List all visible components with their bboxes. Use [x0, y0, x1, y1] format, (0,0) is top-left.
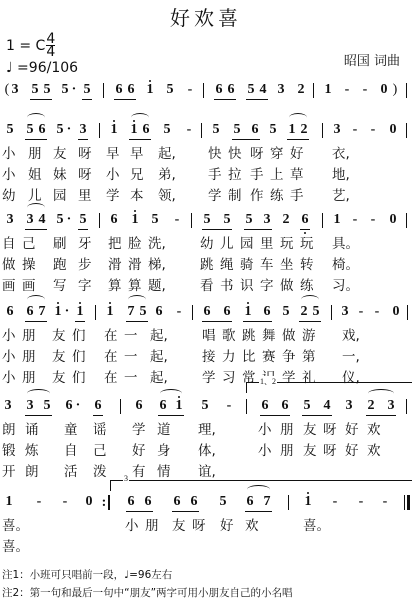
barline [103, 83, 104, 98]
aug-dot: · [69, 82, 79, 98]
lyric-syllable: 衣, [332, 142, 350, 162]
lyric-syllable: 炼 [25, 439, 39, 459]
barline [192, 305, 193, 320]
key-label: 1 = C [6, 38, 45, 54]
octave-dot [57, 302, 59, 304]
staff-row-2: 3 3 4 5 · 5 6 1 5 - 5 5 5 3 2 6 1 - - 0 … [0, 210, 412, 232]
slur [160, 389, 182, 398]
note: 5 [244, 212, 254, 228]
lyric-syllable: 歌 [222, 324, 236, 344]
lyric-syllable: 朋 [22, 345, 36, 365]
lyric-syllable: 欢 [245, 514, 259, 534]
lyric-syllable: 锻 [2, 439, 16, 459]
aug-dot: · [62, 304, 72, 320]
lyric-syllable: 游 [302, 324, 316, 344]
lyric-syllable: 本 [130, 184, 144, 204]
note: 3 [340, 304, 350, 320]
lyric-syllable: 小 [125, 514, 139, 534]
lyric-syllable: 领, [158, 184, 176, 204]
lyric-syllable: 滑 [128, 253, 142, 273]
note: 6 [5, 304, 15, 320]
lyric-syllable: 友 [52, 324, 66, 344]
repeat-barline [108, 495, 110, 510]
note: 5 [30, 82, 40, 98]
note: 6 [262, 304, 272, 320]
note: 1 [130, 212, 140, 228]
lyric-syllable: 看 [200, 274, 214, 294]
note: 5 [311, 304, 321, 320]
lyric-syllable: 在 [104, 324, 118, 344]
lyric-syllable: 写 [53, 274, 67, 294]
lyric-syllable: 弟, [158, 163, 176, 183]
note: 2 [299, 304, 309, 320]
dash: - [380, 494, 390, 510]
lyric-syllable: 拉 [228, 163, 242, 183]
underline [75, 321, 85, 322]
note: 3 [386, 398, 396, 414]
lyric-syllable: 制 [228, 184, 242, 204]
note: 1 [145, 82, 155, 98]
time-signature: 4 4 [46, 33, 55, 58]
note: 6 [280, 398, 290, 414]
underline [93, 415, 103, 416]
lyric-syllable: 穿 [270, 142, 284, 162]
author-credit: 昭国 词曲 [344, 50, 400, 69]
barline [191, 213, 192, 228]
note: 0 [388, 212, 398, 228]
slur [27, 389, 50, 398]
lyric-syllable: 姐 [28, 163, 42, 183]
slur [128, 295, 146, 304]
lyric-syllable: 艺, [332, 184, 350, 204]
underline [25, 229, 47, 230]
lyric-syllable: 儿 [220, 232, 234, 252]
lyric-syllable: 幼 [2, 184, 16, 204]
lyric-syllable: 骑 [240, 253, 254, 273]
underline [202, 229, 232, 230]
lyric-syllable: 童 [64, 418, 78, 438]
note: 2 [296, 82, 306, 98]
dash: - [342, 82, 352, 98]
note: 5 [218, 494, 228, 510]
underline [243, 321, 272, 322]
lyric-syllable: 手 [290, 184, 304, 204]
aug-dot: · [64, 122, 74, 138]
note: 5 [165, 82, 175, 98]
slur [27, 113, 45, 122]
lyric-syllable: 喜。 [2, 535, 29, 555]
note: 6 [250, 122, 260, 138]
dash: - [350, 122, 360, 138]
lyric-syllable: 喜。 [2, 514, 29, 534]
lyric-syllable: 诵 [25, 418, 39, 438]
note: 6 [93, 398, 103, 414]
barline [120, 399, 121, 414]
lyric-syllable: 体, [198, 439, 216, 459]
underline [126, 511, 153, 512]
underline [25, 139, 47, 140]
lyric-syllable: 朋 [22, 366, 36, 386]
note: 6 [126, 494, 136, 510]
lyric-syllable: 舞 [262, 324, 276, 344]
lyric-syllable: 第 [302, 345, 316, 365]
barline [331, 305, 332, 320]
underline [25, 415, 52, 416]
underline [245, 511, 272, 512]
lyric-syllable: 早 [106, 142, 120, 162]
note: 5 [82, 82, 92, 98]
note: 5 [302, 398, 312, 414]
lyric-syllable: 戏, [342, 324, 360, 344]
lyric-syllable: 园 [53, 184, 67, 204]
underline [244, 229, 272, 230]
underline [129, 139, 151, 140]
dash: - [184, 122, 194, 138]
note: 6 [158, 398, 168, 414]
note: 7 [126, 304, 136, 320]
lyric-syllable: 练 [300, 274, 314, 294]
note: 0 [84, 494, 94, 510]
note: 6 [222, 304, 232, 320]
note: 7 [37, 304, 47, 320]
note: 6 [260, 398, 270, 414]
lyric-syllable: 小 [106, 163, 120, 183]
dash: - [172, 212, 182, 228]
lyric-syllable: 呀 [323, 439, 337, 459]
lyric-syllable: 画 [2, 274, 16, 294]
lyric-syllable: 做 [282, 324, 296, 344]
dash: - [224, 398, 234, 414]
final-barline-thin [404, 495, 405, 510]
time-sig-bottom: 4 [46, 46, 55, 58]
lyric-syllable: 习 [222, 366, 236, 386]
note: 4 [258, 82, 268, 98]
lyric-syllable: 牙 [78, 232, 92, 252]
dash: - [360, 82, 370, 98]
lyric-syllable: 学 [208, 184, 222, 204]
lyric-syllable: 朋 [280, 418, 294, 438]
lyric-syllable: 把 [108, 232, 122, 252]
note: 5 [5, 122, 15, 138]
note: 2 [366, 398, 376, 414]
lyric-syllable: 欢 [367, 439, 381, 459]
note: 5 [211, 122, 221, 138]
lyric-syllable: 坐 [280, 253, 294, 273]
underline [366, 415, 396, 416]
lyric-syllable: 玩 [280, 232, 294, 252]
lyric-syllable: 起, [150, 324, 168, 344]
note: 3 [332, 122, 342, 138]
lyric-syllable: 友 [172, 514, 186, 534]
staff-row-1: 5 5 6 5 · 3 1 1 6 5 - 5 5 6 5 1 2 3 - - … [0, 120, 412, 142]
footnote-2: 注2：第一句和最后一句中“朋友”两字可用小朋友自己的小名唱 [2, 585, 293, 600]
lyric-syllable: 早 [130, 142, 144, 162]
note: 5 [268, 122, 278, 138]
note: 6 [154, 304, 164, 320]
note: 1 [287, 122, 297, 138]
note: 1 [4, 494, 14, 510]
lyric-syllable: 上 [270, 163, 284, 183]
lyric-syllable: 小 [2, 163, 16, 183]
note: 5 [281, 304, 291, 320]
barline [99, 123, 100, 138]
underline [302, 415, 332, 416]
aug-dot: · [73, 398, 83, 414]
lyric-syllable: 一 [124, 345, 138, 365]
note: 3 [3, 398, 13, 414]
lyric-syllable: 呀 [192, 514, 206, 534]
volta-label: 3 [123, 474, 129, 483]
note: 5 [150, 212, 160, 228]
notes: 6 6 7 1 · 1 1 7 5 6 - 6 6 1 6 5 2 5 3 - [0, 302, 412, 324]
underline [214, 99, 236, 100]
note: 5 [42, 82, 52, 98]
lyric-syllable: 车 [260, 253, 274, 273]
octave-dot [79, 302, 81, 304]
note: 5 [162, 122, 172, 138]
barline [201, 123, 202, 138]
lyric-syllable: 小 [2, 366, 16, 386]
lyric-syllable: 快 [228, 142, 242, 162]
lyric-syllable: 小 [2, 142, 16, 162]
lyric-syllable: 手 [250, 163, 264, 183]
lyric-syllable: 画 [22, 274, 36, 294]
lyric-syllable: 好 [220, 514, 234, 534]
note: 1 [109, 122, 119, 138]
note: 3 [344, 398, 354, 414]
note: 5 [42, 398, 52, 414]
note: 6 [172, 494, 182, 510]
lyric-syllable: 朋 [22, 324, 36, 344]
note: 3 [78, 122, 88, 138]
dash: - [174, 304, 184, 320]
barline [406, 213, 407, 228]
lyric-syllable: 算 [108, 274, 122, 294]
lyric-syllable: 儿 [28, 184, 42, 204]
lyric-syllable: 争 [282, 345, 296, 365]
dash: - [368, 212, 378, 228]
lyric-syllable: 刷 [53, 232, 67, 252]
note: 6 [214, 82, 224, 98]
lyric-syllable: 活 [64, 460, 78, 480]
note: 5 [25, 122, 35, 138]
lyric-syllable: 算 [128, 274, 142, 294]
note: 6 [202, 304, 212, 320]
lyric-syllable: 小 [258, 418, 272, 438]
lyric-syllable: 友 [303, 418, 317, 438]
lyric-syllable: 友 [52, 345, 66, 365]
slur [289, 113, 307, 122]
aug-dot: · [64, 212, 74, 228]
notes: 3 3 4 5 · 5 6 1 5 - 5 5 5 3 2 6 1 - - 0 [0, 210, 412, 232]
lyric-syllable: 做 [280, 274, 294, 294]
lyric-syllable: 们 [72, 366, 86, 386]
dash: - [350, 212, 360, 228]
lyric-syllable: 小 [2, 345, 16, 365]
page-title: 好欢喜 [0, 2, 412, 31]
lyric-syllable: 泼 [93, 460, 107, 480]
lyric-syllable: 字 [260, 274, 274, 294]
underline [299, 321, 321, 322]
lyric-syllable: 小 [2, 324, 16, 344]
underline [202, 321, 232, 322]
lyric-syllable: 朋 [28, 142, 42, 162]
lyric-syllable: 呀 [250, 142, 264, 162]
lyric-syllable: 自 [2, 232, 16, 252]
barline [203, 83, 204, 98]
lyric-syllable: 做 [2, 253, 16, 273]
notes: 1 - - 0 : 6 6 6 6 5 6 7 1 - - - [0, 492, 412, 514]
lyric-syllable: 谣 [93, 418, 107, 438]
lyric-syllable: 学 [106, 184, 120, 204]
slur [131, 113, 149, 122]
lyric-syllable: 玩 [300, 232, 314, 252]
lyric-syllable: 朗 [25, 460, 39, 480]
lyric-syllable: 好 [345, 439, 359, 459]
dash: - [34, 494, 44, 510]
lyric-syllable: 草 [290, 163, 304, 183]
underline [158, 415, 184, 416]
dash: - [185, 82, 195, 98]
underline [172, 511, 199, 512]
lyric-syllable: 学 [202, 366, 216, 386]
lyric-syllable: 起, [150, 345, 168, 365]
intro-notes: ( 3 5 5 5 · 5 6 6 1 5 - 6 6 5 4 3 2 1 - … [0, 80, 412, 102]
underline [82, 99, 92, 100]
dash: - [330, 494, 340, 510]
lyric-syllable: 情 [157, 460, 171, 480]
barline [322, 123, 323, 138]
lyric-syllable: 起, [150, 366, 168, 386]
tempo-marking: ♩ =96/106 [6, 60, 78, 76]
barline [95, 305, 96, 320]
lyric-syllable: 一 [124, 366, 138, 386]
footnote-1: 注1：小班可只唱前一段，♩=96左右 [2, 567, 172, 582]
lyric-syllable: 手 [208, 163, 222, 183]
underline [287, 139, 309, 140]
lyric-syllable: 里 [78, 184, 92, 204]
lyric-syllable: 比 [242, 345, 256, 365]
lyric-syllable: 己 [22, 232, 36, 252]
staff-row-4: 1、2 3 3 5 6 · 6 6 6 1 5 - 6 6 5 4 3 2 3 … [0, 396, 412, 418]
lyric-syllable: 呀 [78, 142, 92, 162]
barline [406, 83, 407, 98]
note: 7 [262, 494, 272, 510]
underline [114, 99, 136, 100]
lyric-syllable: 们 [72, 345, 86, 365]
note: 3 [25, 398, 35, 414]
lyric-syllable: 绳 [220, 253, 234, 273]
slur [368, 389, 394, 398]
note: 3 [5, 212, 15, 228]
underline [232, 139, 260, 140]
note: 6 [141, 122, 151, 138]
note: 6 [189, 494, 199, 510]
note: 1 [75, 304, 85, 320]
lyric-syllable: 幼 [200, 232, 214, 252]
notes: 3 3 5 6 · 6 6 6 1 5 - 6 6 5 4 3 2 3 [0, 396, 412, 418]
lyric-syllable: 书 [220, 274, 234, 294]
lyric-syllable: 跑 [53, 253, 67, 273]
note: 2 [281, 212, 291, 228]
barline [406, 399, 407, 414]
lyric-syllable: 在 [104, 366, 118, 386]
lyric-syllable: 好 [290, 142, 304, 162]
lyric-syllable: 赛 [262, 345, 276, 365]
note: 6 [300, 212, 310, 228]
note: 6 [114, 82, 124, 98]
note: 6 [245, 494, 255, 510]
note: 1 [129, 122, 139, 138]
barline [406, 123, 407, 138]
lyric-syllable: 练 [270, 184, 284, 204]
note: 1 [323, 82, 333, 98]
lyric-syllable: 转 [300, 253, 314, 273]
close-paren: ) [390, 82, 400, 98]
dash: - [368, 122, 378, 138]
barline [313, 83, 314, 98]
note: 6 [134, 398, 144, 414]
dash: - [356, 304, 366, 320]
key-signature: 1 = C 4 4 [6, 33, 55, 58]
lyric-syllable: 起, [158, 142, 176, 162]
lyric-syllable: 一 [124, 324, 138, 344]
lyric-syllable: 一, [342, 345, 360, 365]
slur [27, 295, 45, 304]
lyric-syllable: 题, [148, 274, 166, 294]
note: 3 [25, 212, 35, 228]
lyric-syllable: 呀 [323, 418, 337, 438]
lyric-syllable: 好 [345, 418, 359, 438]
lyric-syllable: 身 [157, 439, 171, 459]
lyric-syllable: 们 [72, 324, 86, 344]
lyric-syllable: 友 [52, 366, 66, 386]
lyric-syllable: 习。 [332, 274, 359, 294]
note: 5 [200, 398, 210, 414]
octave-dot [247, 302, 249, 304]
lyric-syllable: 里 [260, 232, 274, 252]
lyric-syllable: 开 [2, 460, 16, 480]
lyric-syllable: 快 [208, 142, 222, 162]
lyric-syllable: 理, [198, 418, 216, 438]
lyric-syllable: 有 [132, 460, 146, 480]
slur [27, 203, 45, 212]
note: 6 [226, 82, 236, 98]
note: 1 [105, 304, 115, 320]
lyric-syllable: 滑 [108, 253, 122, 273]
barline [99, 213, 100, 228]
notes: 5 5 6 5 · 3 1 1 6 5 - 5 5 6 5 1 2 3 - - … [0, 120, 412, 142]
barline [246, 399, 247, 414]
note: 6 [143, 494, 153, 510]
barline [322, 213, 323, 228]
lyric-syllable: 识 [240, 274, 254, 294]
lyric-syllable: 在 [104, 345, 118, 365]
underline [25, 321, 47, 322]
lyric-syllable: 道 [157, 418, 171, 438]
note: 5 [246, 82, 256, 98]
lyric-syllable: 好 [132, 439, 146, 459]
lyric-syllable: 接 [202, 345, 216, 365]
lyric-syllable: 洗, [148, 232, 166, 252]
lyric-syllable: 呀 [78, 163, 92, 183]
lyric-syllable: 妹 [53, 163, 67, 183]
lyric-syllable: 作 [250, 184, 264, 204]
note: 6 [109, 212, 119, 228]
lyric-syllable: 朋 [280, 439, 294, 459]
lyric-syllable: 椅。 [332, 253, 359, 273]
lyric-syllable: 己 [93, 439, 107, 459]
